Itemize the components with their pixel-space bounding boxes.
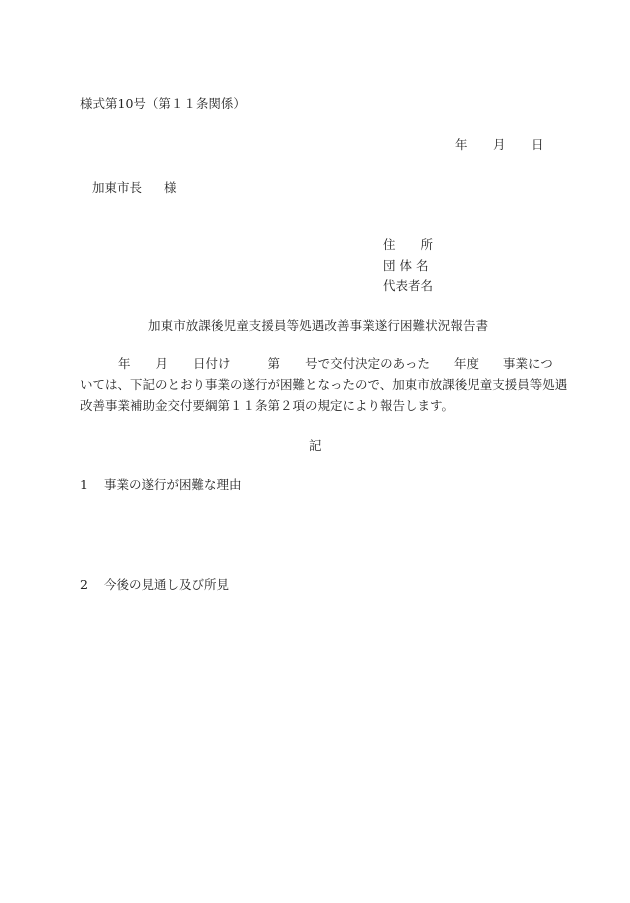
date-month-label: 月 xyxy=(493,137,531,153)
address-label: 住 所 xyxy=(383,237,433,253)
addressee: 加東市長様 xyxy=(92,180,177,196)
date-year-label: 年 xyxy=(455,137,493,153)
body-line-1: 年月日付け第号で交付決定のあった年度事業につ xyxy=(80,356,550,377)
body-fiscal-year: 年度 xyxy=(454,356,479,371)
date-line: 年月日 xyxy=(455,137,544,153)
body-line1-tail: 事業につ xyxy=(503,356,553,371)
ki-heading: 記 xyxy=(309,438,322,454)
body-year: 年 xyxy=(118,356,131,371)
body-line-3: 改善事業補助金交付要綱第１１条第２項の規定により報告します。 xyxy=(80,398,550,419)
form-number: 様式第10号（第１１条関係） xyxy=(80,96,246,112)
body-line-2: いては、下記のとおり事業の遂行が困難となったので、加東市放課後児童支援員等処遇 xyxy=(80,377,550,398)
document-title: 加東市放課後児童支援員等処遇改善事業遂行困難状況報告書 xyxy=(148,318,488,334)
item-1-number: 1 xyxy=(80,477,104,493)
date-day-label: 日 xyxy=(531,137,544,153)
representative-label: 代表者名 xyxy=(383,278,433,294)
addressee-honorific: 様 xyxy=(164,180,177,195)
body-month: 月 xyxy=(156,356,169,371)
item-2-number: 2 xyxy=(80,577,104,593)
item-1: 1事業の遂行が困難な理由 xyxy=(80,477,242,493)
addressee-name: 加東市長 xyxy=(92,180,164,196)
item-2: 2今後の見通し及び所見 xyxy=(80,577,229,593)
organization-label: 団 体 名 xyxy=(383,258,428,274)
body-grant-text: 号で交付決定のあった xyxy=(305,356,430,371)
item-2-label: 今後の見通し及び所見 xyxy=(104,577,229,592)
body-dated: 日付け xyxy=(193,356,231,371)
body-number-prefix: 第 xyxy=(268,356,281,371)
item-1-label: 事業の遂行が困難な理由 xyxy=(104,477,242,492)
body-paragraph: 年月日付け第号で交付決定のあった年度事業につ いては、下記のとおり事業の遂行が困… xyxy=(80,356,550,419)
